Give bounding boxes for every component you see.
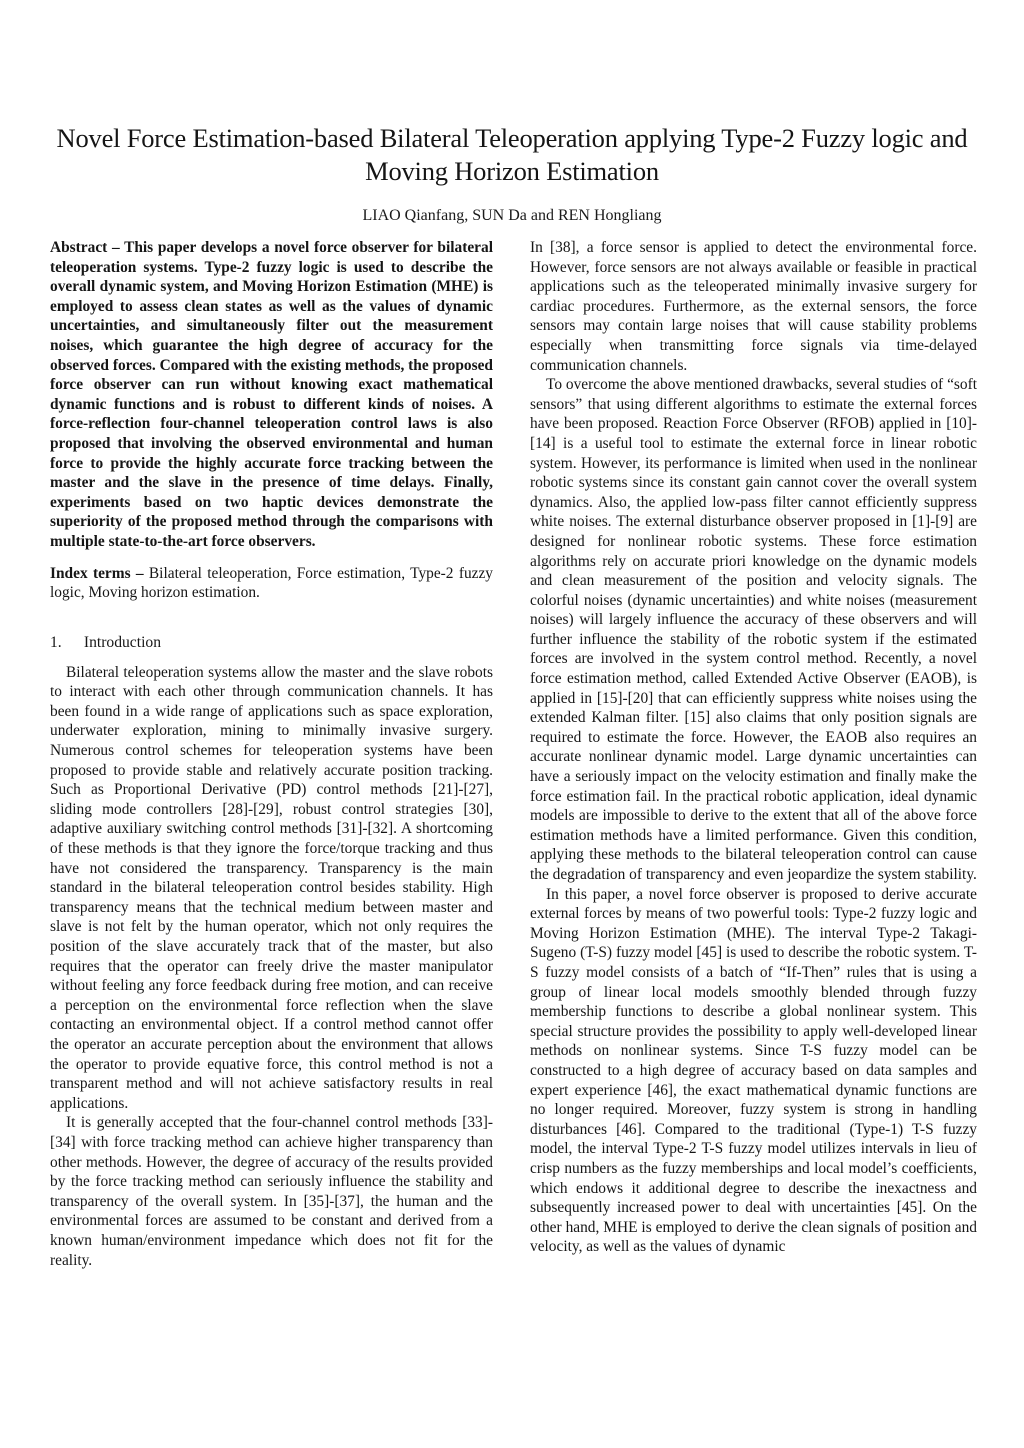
body-paragraph: It is generally accepted that the four-c… [50, 1113, 493, 1270]
index-terms-label: Index terms – [50, 565, 144, 582]
abstract-label: Abstract – [50, 239, 120, 256]
section-title: Introduction [84, 634, 161, 651]
body-paragraph: Bilateral teleoperation systems allow th… [50, 663, 493, 1114]
section-heading-introduction: 1. Introduction [50, 633, 493, 653]
paper-page: Novel Force Estimation-based Bilateral T… [0, 0, 1024, 1448]
section-number: 1. [50, 633, 80, 653]
left-column: Abstract – This paper develops a novel f… [50, 238, 493, 1270]
paper-title: Novel Force Estimation-based Bilateral T… [40, 122, 984, 188]
abstract: Abstract – This paper develops a novel f… [50, 238, 493, 552]
body-paragraph: In this paper, a novel force observer is… [530, 885, 977, 1257]
paper-authors: LIAO Qianfang, SUN Da and REN Hongliang [40, 206, 984, 226]
index-terms: Index terms – Bilateral teleoperation, F… [50, 564, 493, 603]
right-column: In [38], a force sensor is applied to de… [530, 238, 977, 1257]
abstract-text: This paper develops a novel force observ… [50, 239, 493, 550]
body-paragraph: In [38], a force sensor is applied to de… [530, 238, 977, 375]
body-paragraph: To overcome the above mentioned drawback… [530, 375, 977, 884]
